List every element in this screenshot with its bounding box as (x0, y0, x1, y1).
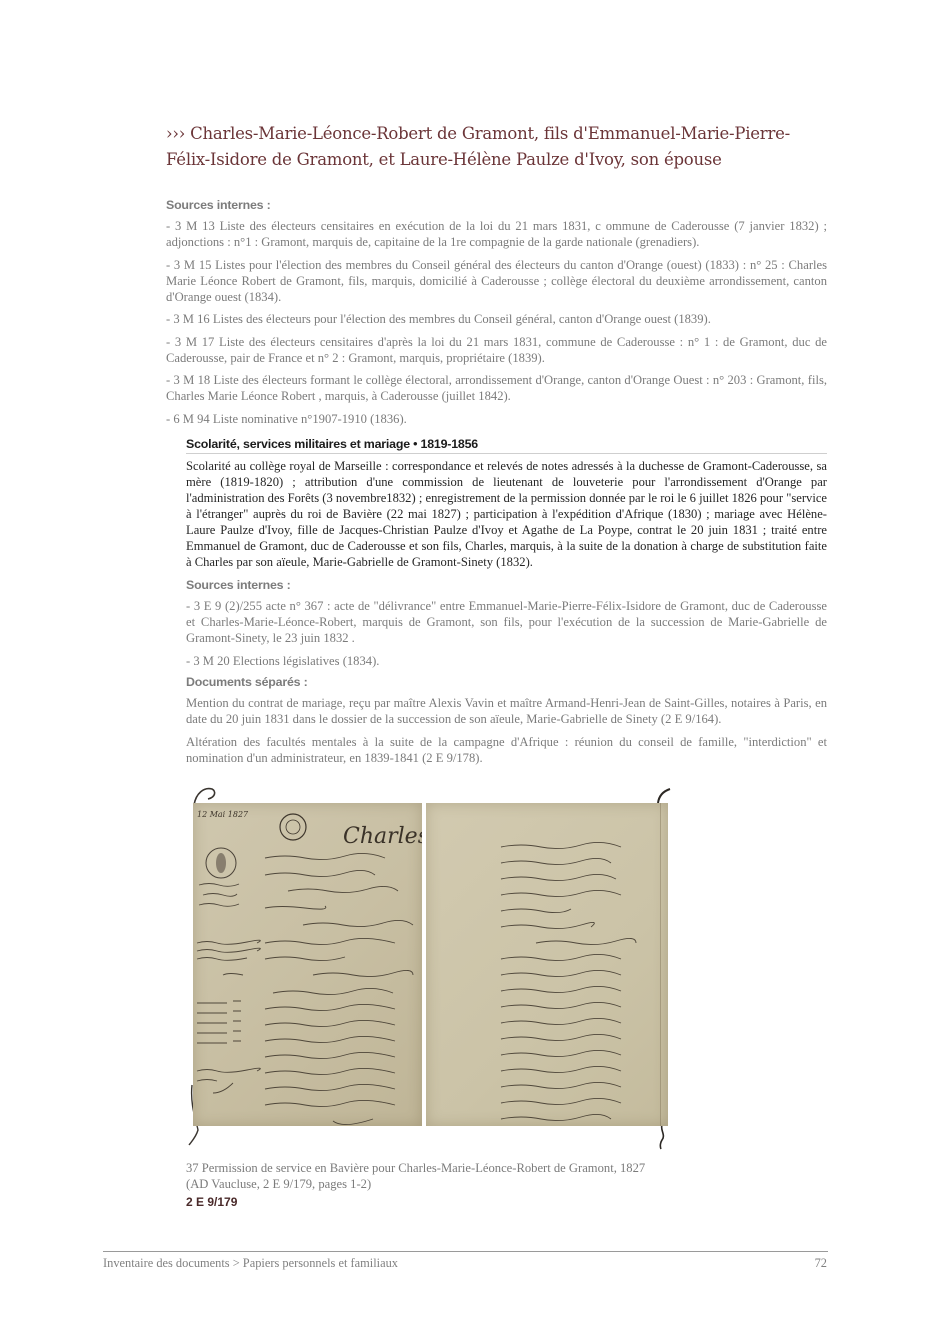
handwriting-icon (426, 803, 668, 1126)
page-number: 72 (815, 1256, 827, 1271)
sources-internes-label: Sources internes : (186, 578, 827, 592)
document-item: Altération des facultés mentales à la su… (186, 734, 827, 766)
subsection-scolarite: Scolarité, services militaires et mariag… (186, 437, 827, 772)
source-item: - 3 E 9 (2)/255 acte n° 367 : acte de "d… (186, 598, 827, 646)
footer-breadcrumb: Inventaire des documents > Papiers perso… (103, 1256, 398, 1271)
page-title: ››› Charles-Marie-Léonce-Robert de Gramo… (166, 121, 819, 173)
footer-divider (103, 1251, 828, 1252)
source-item: - 3 M 15 Listes pour l'élection des memb… (166, 257, 827, 305)
manuscript-left-page: 12 Mai 1827 Charles (193, 803, 422, 1126)
source-item: - 3 M 20 Elections législatives (1834). (186, 653, 827, 669)
heading-prefix-icon: ››› (166, 124, 185, 144)
documents-separes-label: Documents séparés : (186, 675, 827, 689)
svg-text:12 Mai 1827: 12 Mai 1827 (197, 810, 249, 819)
figure-reference: 2 E 9/179 (186, 1195, 237, 1209)
caption-line: 37 Permission de service en Bavière pour… (186, 1160, 786, 1176)
manuscript-right-page (426, 803, 668, 1126)
source-item: - 3 M 18 Liste des électeurs formant le … (166, 372, 827, 404)
subsection-body: Scolarité au collège royal de Marseille … (186, 458, 827, 570)
svg-text:Charles: Charles (343, 824, 422, 849)
caption-line: (AD Vaucluse, 2 E 9/179, pages 1-2) (186, 1176, 786, 1192)
figure-caption: 37 Permission de service en Bavière pour… (186, 1160, 786, 1192)
source-item: - 3 M 16 Listes des électeurs pour l'éle… (166, 311, 827, 327)
manuscript-figure: 12 Mai 1827 Charles (186, 785, 676, 1150)
document-item: Mention du contrat de mariage, reçu par … (186, 695, 827, 727)
source-item: - 6 M 94 Liste nominative n°1907-1910 (1… (166, 411, 827, 427)
subsection-heading: Scolarité, services militaires et mariag… (186, 437, 827, 454)
handwriting-icon: 12 Mai 1827 Charles (193, 803, 422, 1126)
source-item: - 3 M 17 Liste des électeurs censitaires… (166, 334, 827, 366)
heading-text: Charles-Marie-Léonce-Robert de Gramont, … (166, 124, 790, 170)
sources-internes-label: Sources internes : (166, 198, 827, 212)
source-item: - 3 M 13 Liste des électeurs censitaires… (166, 218, 827, 250)
sources-internes-section: Sources internes : - 3 M 13 Liste des él… (166, 198, 827, 433)
